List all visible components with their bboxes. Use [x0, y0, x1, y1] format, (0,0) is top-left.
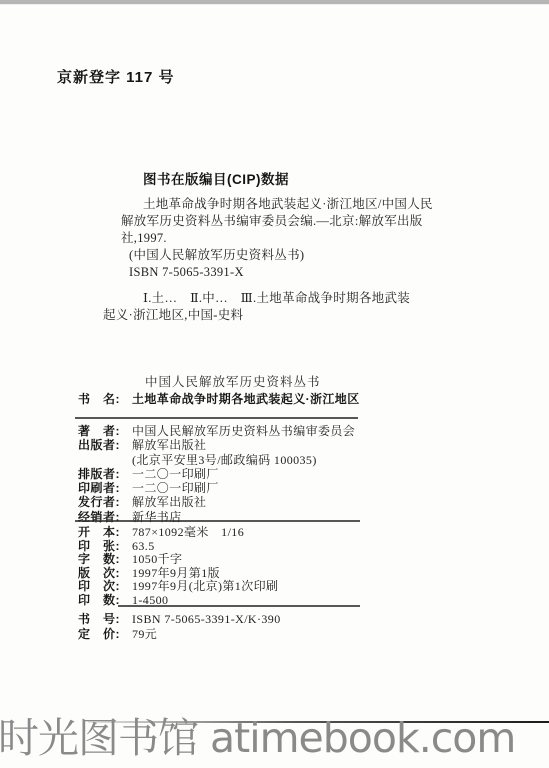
row-value: 一二〇一印刷厂: [132, 467, 219, 481]
cip-subject-line: Ⅰ.土… Ⅱ.中… Ⅲ.土地革命战争时期各地武装: [103, 290, 453, 307]
row-value: 解放军出版社: [132, 495, 206, 509]
cip-record-line: 土地革命战争时期各地武装起义·浙江地区/中国人民: [103, 196, 453, 213]
row-label: 书 名:: [78, 392, 128, 407]
row-value: 63.5: [132, 539, 155, 553]
row-label: 字 数:: [78, 553, 128, 567]
watermark-text: 时光图书馆 atimebook.com: [0, 705, 549, 764]
colophon-row-book-title: 书 名:土地革命战争时期各地武装起义·浙江地区: [78, 392, 498, 407]
row-label: 发行者:: [78, 495, 128, 509]
row-value: 解放军出版社: [132, 438, 206, 452]
colophon-row-printer: 印刷者:一二〇一印刷厂: [78, 481, 498, 495]
row-label: 印 次:: [78, 580, 128, 594]
cip-record-line: 社,1997.: [103, 230, 453, 247]
scan-edge-bar: [0, 0, 549, 5]
colophon-row-publisher: 出版者:解放军出版社: [78, 438, 498, 452]
colophon-id-group: 书 号:ISBN 7-5065-3391-X/K·390 定 价:79元: [78, 612, 498, 642]
colophon-row-isbn: 书 号:ISBN 7-5065-3391-X/K·390: [78, 612, 498, 627]
row-value: 一二〇一印刷厂: [132, 481, 219, 495]
row-value: 1050千字: [132, 552, 182, 566]
cip-subject-line: 起义·浙江地区,中国-史料: [103, 307, 453, 324]
row-label: 印刷者:: [78, 481, 128, 495]
row-label: 定 价:: [78, 627, 128, 642]
row-value: 79元: [132, 627, 157, 641]
divider-rule: [75, 417, 358, 419]
row-value: 土地革命战争时期各地武装起义·浙江地区: [132, 392, 360, 406]
divider-rule: [75, 520, 360, 522]
row-label: 排版者:: [78, 467, 128, 481]
row-label: 著 者:: [78, 424, 128, 438]
cip-record: 土地革命战争时期各地武装起义·浙江地区/中国人民 解放军历史资料丛书编审委员会编…: [103, 196, 453, 324]
colophon-row-distributor: 发行者:解放军出版社: [78, 495, 498, 509]
colophon-row-wordcount: 字 数:1050千字: [78, 553, 498, 567]
row-value: 787×1092毫米 1/16: [132, 525, 244, 539]
row-value: ISBN 7-5065-3391-X/K·390: [132, 612, 281, 626]
divider-rule: [118, 605, 360, 607]
press-register-number: 京新登字 117 号: [57, 66, 175, 87]
colophon-row-author: 著 者:中国人民解放军历史资料丛书编审委员会: [78, 424, 498, 438]
row-value: 中国人民解放军历史资料丛书编审委员会: [132, 424, 355, 438]
cip-heading: 图书在版编目(CIP)数据: [143, 168, 289, 188]
row-value: (北京平安里3号/邮政编码 100035): [132, 453, 317, 467]
cip-series-note: (中国人民解放军历史资料丛书): [103, 247, 453, 264]
row-label: 书 号:: [78, 612, 128, 627]
colophon-row-impression: 印 次:1997年9月(北京)第1次印刷: [78, 580, 498, 594]
cip-isbn: ISBN 7-5065-3391-X: [103, 264, 453, 281]
row-label: 出版者:: [78, 438, 128, 452]
colophon-row-typesetter: 排版者:一二〇一印刷厂: [78, 467, 498, 481]
row-label: 开 本:: [78, 526, 128, 540]
row-value: 1997年9月(北京)第1次印刷: [132, 579, 278, 593]
colophon-title-group: 书 名:土地革命战争时期各地武装起义·浙江地区: [78, 392, 498, 407]
row-value: 1997年9月第1版: [132, 566, 220, 580]
scanned-copyright-page: 京新登字 117 号 图书在版编目(CIP)数据 土地革命战争时期各地武装起义·…: [0, 0, 549, 768]
colophon-row-format: 开 本:787×1092毫米 1/16: [78, 526, 498, 540]
series-title: 中国人民解放军历史资料丛书: [145, 372, 321, 390]
colophon-publisher-group: 著 者:中国人民解放军历史资料丛书编审委员会 出版者:解放军出版社 (北京平安里…: [78, 424, 498, 524]
colophon-row-publisher-address: (北京平安里3号/邮政编码 100035): [78, 453, 498, 467]
colophon-print-group: 开 本:787×1092毫米 1/16 印 张:63.5 字 数:1050千字 …: [78, 526, 498, 608]
colophon-row-price: 定 价:79元: [78, 627, 498, 642]
cip-record-line: 解放军历史资料丛书编审委员会编.—北京:解放军出版: [103, 213, 453, 230]
